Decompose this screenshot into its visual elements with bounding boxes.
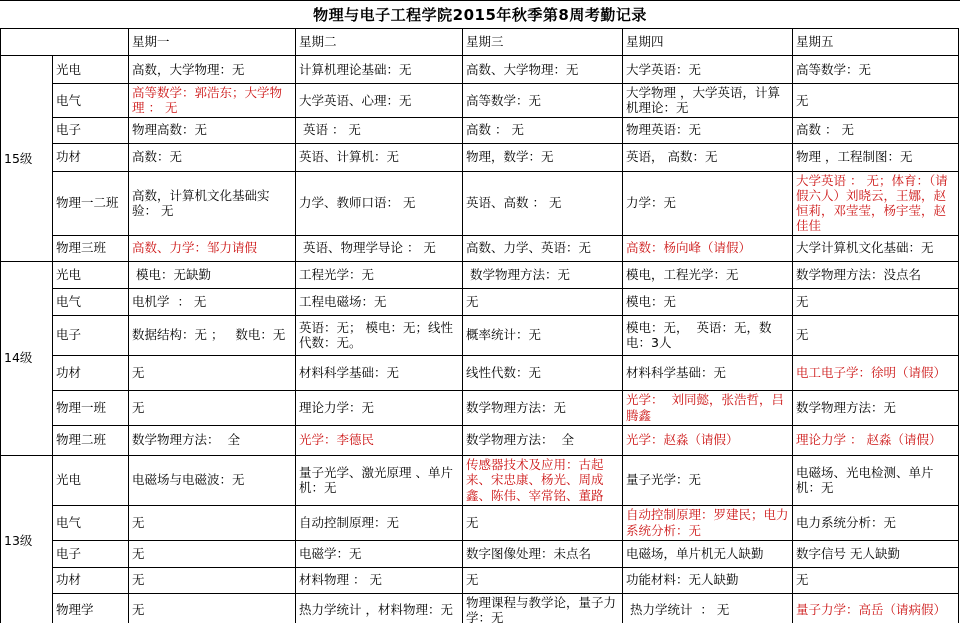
table-row: 功材高数：无英语、计算机：无物理，数学：无英语， 高数：无物理 ，工程制图：无 (1, 143, 959, 171)
day-cell: 大学英语 ： 无；体育：（请假六人）刘晓云，王娜，赵恒莉，邓莹莹，杨宇莹，赵佳佳 (793, 171, 959, 235)
class-cell: 物理二班 (53, 425, 129, 455)
day-cell: 电磁学：无 (296, 540, 463, 567)
day-cell: 光学：李德民 (296, 425, 463, 455)
day-cell: 高等数学：无 (793, 56, 959, 84)
day-cell: 大学英语：无 (623, 56, 793, 84)
day-cell: 大学英语、心理：无 (296, 84, 463, 118)
day-cell: 自动控制原理：无 (296, 505, 463, 540)
class-cell: 电子 (53, 540, 129, 567)
table-row: 电气电机学 ： 无工程电磁场：无无模电：无无 (1, 288, 959, 315)
day-cell: 数学物理方法： 全 (463, 425, 623, 455)
day-cell: 物理 ，工程制图：无 (793, 143, 959, 171)
day-header: 星期五 (793, 29, 959, 56)
day-cell: 材料物理 ： 无 (296, 567, 463, 593)
class-cell: 物理一二班 (53, 171, 129, 235)
day-cell: 无 (129, 567, 296, 593)
attendance-report-page: 物理与电子工程学院2015年秋季第8周考勤记录 星期一星期二星期三星期四星期五 … (0, 0, 960, 623)
table-row: 物理一班无理论力学：无数学物理方法：无光学： 刘同懿，张浩哲，吕腾鑫数学物理方法… (1, 390, 959, 425)
day-cell: 高数、大学物理：无 (463, 56, 623, 84)
day-cell: 光学：赵淼（请假） (623, 425, 793, 455)
day-cell: 英语， 高数：无 (623, 143, 793, 171)
day-cell: 理论力学 ： 赵淼（请假） (793, 425, 959, 455)
table-body: 15级光电高数，大学物理：无计算机理论基础：无高数、大学物理：无大学英语：无高等… (1, 56, 959, 623)
grade-cell: 14级 (1, 261, 53, 455)
table-row: 物理三班高数、力学：邹力请假 英语、物理学导论 ： 无高数、力学、英语：无高数：… (1, 235, 959, 261)
day-cell: 模电：无， 英语：无，数电：3人 (623, 315, 793, 355)
day-cell: 英语：无； 模电：无；线性代数：无。 (296, 315, 463, 355)
day-cell: 大学计算机文化基础：无 (793, 235, 959, 261)
day-cell: 数学物理方法： 全 (129, 425, 296, 455)
day-cell: 工程电磁场：无 (296, 288, 463, 315)
class-cell: 物理三班 (53, 235, 129, 261)
day-cell: 无 (463, 505, 623, 540)
day-cell: 无 (129, 505, 296, 540)
day-cell: 无 (129, 593, 296, 623)
day-cell: 无 (793, 567, 959, 593)
page-title: 物理与电子工程学院2015年秋季第8周考勤记录 (0, 1, 960, 28)
day-cell: 热力学统计 ，材料物理：无 (296, 593, 463, 623)
table-row: 14级光电 模电：无缺勤工程光学：无 数学物理方法：无模电，工程光学：无数学物理… (1, 261, 959, 288)
day-cell: 电磁场、光电检测、单片机：无 (793, 455, 959, 505)
table-row: 电气无自动控制原理：无无自动控制原理：罗建民；电力系统分析：无电力系统分析：无 (1, 505, 959, 540)
day-cell: 模电：无缺勤 (129, 261, 296, 288)
table-header: 星期一星期二星期三星期四星期五 (1, 29, 959, 56)
day-cell: 高等数学：郭浩东；大学物理 ： 无 (129, 84, 296, 118)
day-cell: 无 (129, 390, 296, 425)
day-cell: 高数、力学：邹力请假 (129, 235, 296, 261)
day-cell: 电力系统分析：无 (793, 505, 959, 540)
day-cell: 材料科学基础：无 (296, 355, 463, 390)
table-row: 物理二班数学物理方法： 全光学：李德民数学物理方法： 全光学：赵淼（请假）理论力… (1, 425, 959, 455)
day-cell: 量子光学：无 (623, 455, 793, 505)
day-header: 星期四 (623, 29, 793, 56)
day-cell: 数字信号 无人缺勤 (793, 540, 959, 567)
day-cell: 电磁场与电磁波：无 (129, 455, 296, 505)
attendance-table: 星期一星期二星期三星期四星期五 15级光电高数，大学物理：无计算机理论基础：无高… (0, 28, 959, 623)
class-cell: 电气 (53, 505, 129, 540)
class-cell: 光电 (53, 261, 129, 288)
table-row: 电子无电磁学：无数字图像处理：未点名电磁场，单片机无人缺勤数字信号 无人缺勤 (1, 540, 959, 567)
day-cell: 大学物理 ，大学英语，计算机理论：无 (623, 84, 793, 118)
day-cell: 物理课程与教学论，量子力学：无 (463, 593, 623, 623)
day-cell: 无 (463, 567, 623, 593)
day-cell: 物理，数学：无 (463, 143, 623, 171)
day-cell: 高数，计算机文化基础实验： 无 (129, 171, 296, 235)
day-header: 星期一 (129, 29, 296, 56)
day-cell: 功能材料：无人缺勤 (623, 567, 793, 593)
day-header: 星期三 (463, 29, 623, 56)
day-cell: 传感器技术及应用：古起来、宋忠康、杨光、周成鑫、陈伟、宰常铭、董路 (463, 455, 623, 505)
class-cell: 电气 (53, 84, 129, 118)
table-row: 功材无材料物理 ： 无无功能材料：无人缺勤无 (1, 567, 959, 593)
day-cell: 英语、高数 ： 无 (463, 171, 623, 235)
day-cell: 高等数学：无 (463, 84, 623, 118)
day-cell: 无 (129, 355, 296, 390)
day-cell: 高数，大学物理：无 (129, 56, 296, 84)
class-cell: 电子 (53, 315, 129, 355)
day-cell: 量子力学：高岳（请病假） (793, 593, 959, 623)
day-cell: 概率统计：无 (463, 315, 623, 355)
day-cell: 理论力学：无 (296, 390, 463, 425)
class-cell: 电子 (53, 117, 129, 143)
day-cell: 数学物理方法：无 (793, 390, 959, 425)
table-row: 物理学无热力学统计 ，材料物理：无物理课程与教学论，量子力学：无 热力学统计 ：… (1, 593, 959, 623)
grade-cell: 15级 (1, 56, 53, 262)
day-cell: 英语、计算机：无 (296, 143, 463, 171)
day-cell: 光学： 刘同懿，张浩哲，吕腾鑫 (623, 390, 793, 425)
class-cell: 光电 (53, 56, 129, 84)
day-cell: 热力学统计 ： 无 (623, 593, 793, 623)
class-cell: 物理学 (53, 593, 129, 623)
day-cell: 高数：无 (129, 143, 296, 171)
day-cell: 数字图像处理：未点名 (463, 540, 623, 567)
day-cell: 物理高数：无 (129, 117, 296, 143)
day-cell: 数学物理方法：无 (463, 261, 623, 288)
day-cell: 英语 ： 无 (296, 117, 463, 143)
class-cell: 电气 (53, 288, 129, 315)
class-cell: 物理一班 (53, 390, 129, 425)
day-cell: 电工电子学：徐明（请假） (793, 355, 959, 390)
day-cell: 电磁场，单片机无人缺勤 (623, 540, 793, 567)
class-cell: 功材 (53, 567, 129, 593)
day-cell: 无 (793, 84, 959, 118)
day-cell: 线性代数：无 (463, 355, 623, 390)
grade-cell: 13级 (1, 455, 53, 623)
day-cell: 数学物理方法：无 (463, 390, 623, 425)
day-cell: 英语、物理学导论 ： 无 (296, 235, 463, 261)
class-cell: 功材 (53, 143, 129, 171)
day-cell: 材料科学基础：无 (623, 355, 793, 390)
class-cell: 功材 (53, 355, 129, 390)
day-cell: 力学、教师口语： 无 (296, 171, 463, 235)
day-cell: 数据结构：无 ； 数电：无 (129, 315, 296, 355)
day-cell: 无 (793, 288, 959, 315)
day-cell: 力学：无 (623, 171, 793, 235)
table-row: 电子数据结构：无 ； 数电：无英语：无； 模电：无；线性代数：无。概率统计：无模… (1, 315, 959, 355)
day-cell: 高数、力学、英语：无 (463, 235, 623, 261)
table-row: 电气高等数学：郭浩东；大学物理 ： 无大学英语、心理：无高等数学：无大学物理 ，… (1, 84, 959, 118)
header-row: 星期一星期二星期三星期四星期五 (1, 29, 959, 56)
table-row: 15级光电高数，大学物理：无计算机理论基础：无高数、大学物理：无大学英语：无高等… (1, 56, 959, 84)
day-cell: 计算机理论基础：无 (296, 56, 463, 84)
day-cell: 物理英语：无 (623, 117, 793, 143)
day-cell: 工程光学：无 (296, 261, 463, 288)
day-cell: 高数 ： 无 (463, 117, 623, 143)
day-cell: 电机学 ： 无 (129, 288, 296, 315)
day-cell: 量子光学、激光原理 、单片机：无 (296, 455, 463, 505)
day-cell: 高数：杨向峰（请假） (623, 235, 793, 261)
day-cell: 数学物理方法：没点名 (793, 261, 959, 288)
day-cell: 模电，工程光学：无 (623, 261, 793, 288)
day-cell: 无 (129, 540, 296, 567)
day-cell: 无 (793, 315, 959, 355)
day-header: 星期二 (296, 29, 463, 56)
day-cell: 无 (463, 288, 623, 315)
class-cell: 光电 (53, 455, 129, 505)
day-cell: 自动控制原理：罗建民；电力系统分析：无 (623, 505, 793, 540)
day-cell: 模电：无 (623, 288, 793, 315)
table-row: 电子物理高数：无 英语 ： 无高数 ： 无物理英语：无高数 ： 无 (1, 117, 959, 143)
table-row: 13级光电电磁场与电磁波：无量子光学、激光原理 、单片机：无传感器技术及应用：古… (1, 455, 959, 505)
corner-cell (1, 29, 129, 56)
day-cell: 高数 ： 无 (793, 117, 959, 143)
table-row: 物理一二班高数，计算机文化基础实验： 无力学、教师口语： 无英语、高数 ： 无力… (1, 171, 959, 235)
table-row: 功材无材料科学基础：无线性代数：无材料科学基础：无电工电子学：徐明（请假） (1, 355, 959, 390)
